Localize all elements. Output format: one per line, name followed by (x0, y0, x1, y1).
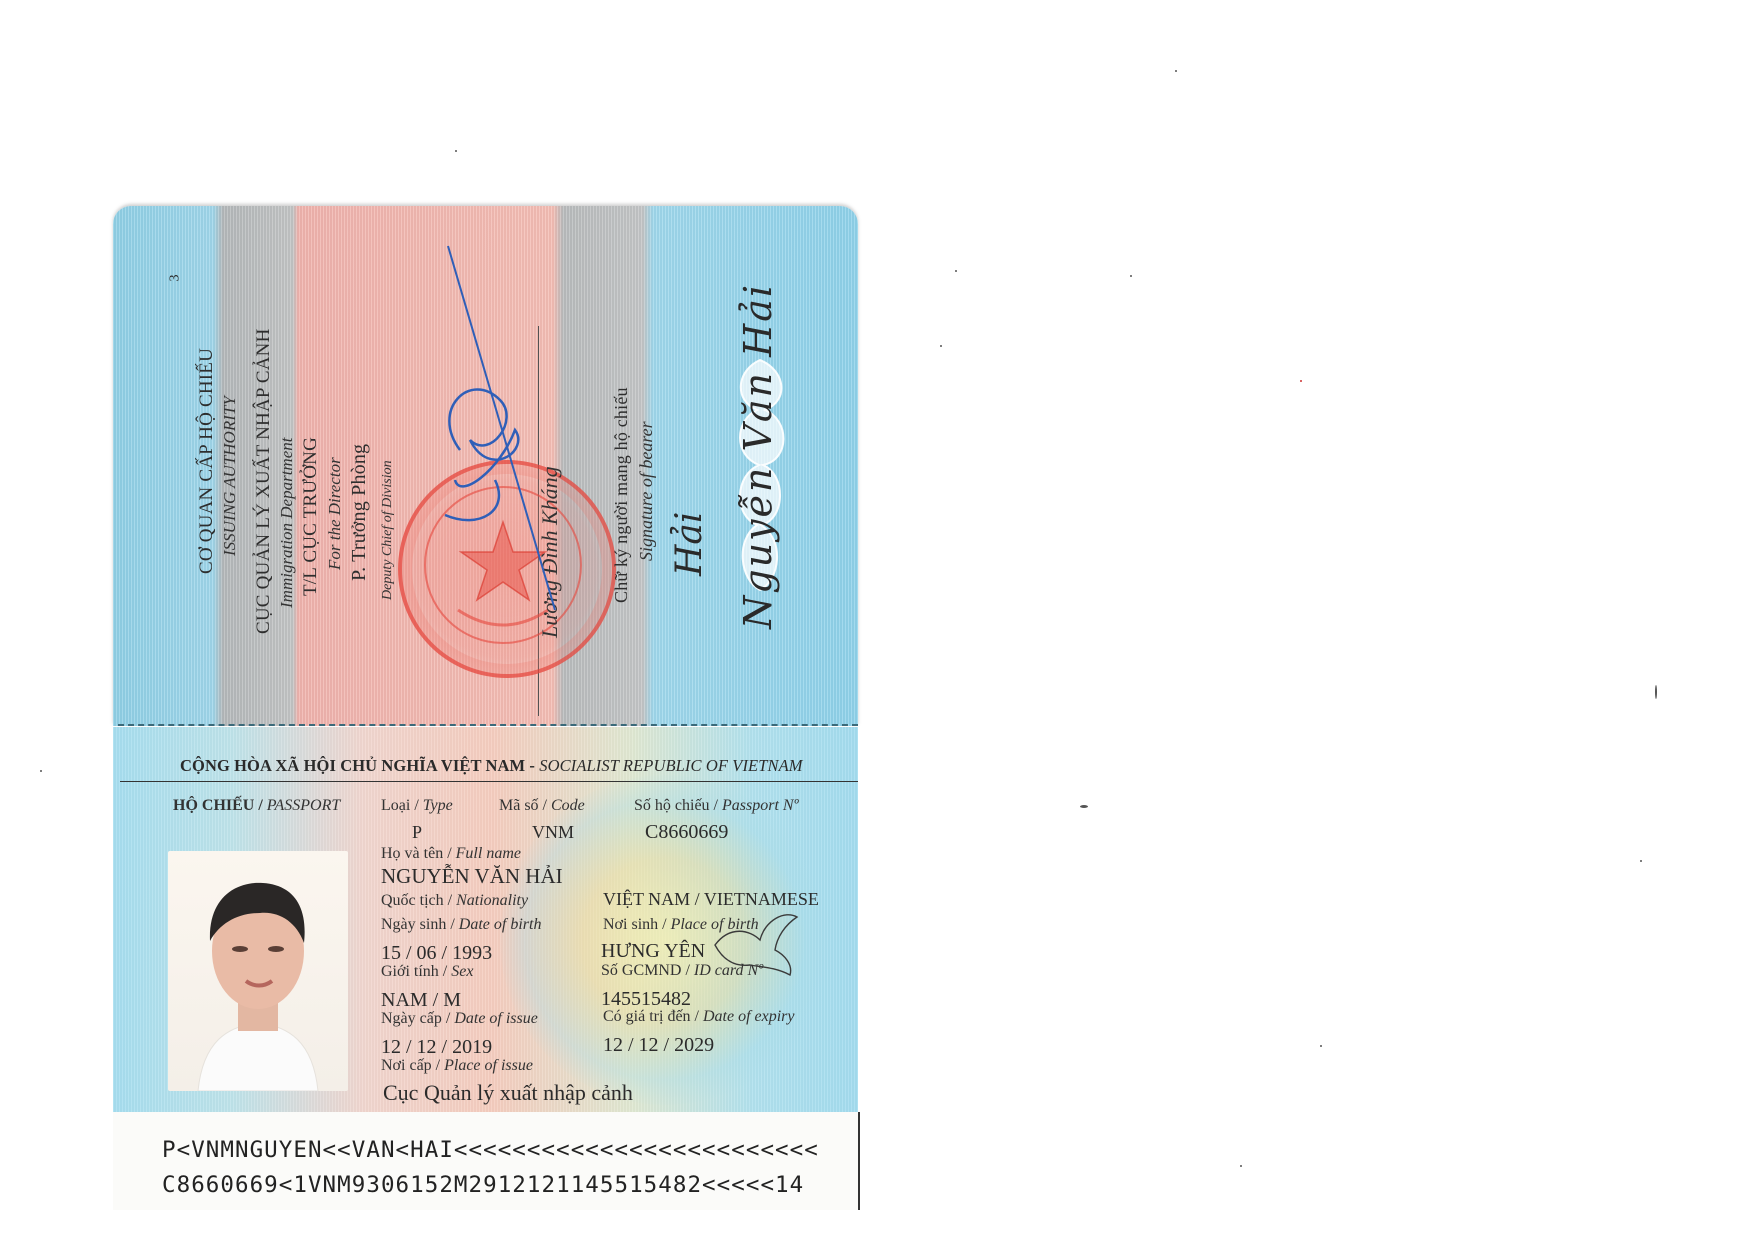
place-of-birth-value: HƯNG YÊN (601, 940, 705, 963)
scan-speck (1240, 1165, 1242, 1167)
date-of-issue-label: Ngày cấp / Date of issue (381, 1010, 538, 1028)
scan-speck (1175, 70, 1177, 72)
date-of-expiry-value: 12 / 12 / 2029 (603, 1034, 714, 1057)
code-value: VNM (532, 822, 574, 843)
issuing-authority-vi: CƠ QUAN CẤP HỘ CHIẾU (196, 348, 218, 574)
mrz-line-2: C8660669<1VNM9306152M2912121145515482<<<… (162, 1172, 804, 1198)
place-of-issue-label: Nơi cấp / Place of issue (381, 1057, 533, 1075)
bearer-signature-full: Nguyễn Văn Hải (736, 283, 780, 629)
nationality-value: VIỆT NAM / VIETNAMESE (603, 889, 819, 910)
scan-speck (40, 770, 42, 772)
scan-speck (1655, 685, 1657, 699)
scan-speck (455, 150, 457, 152)
department-en: Immigration Department (277, 438, 297, 608)
full-name-value: NGUYỄN VĂN HẢI (381, 864, 563, 889)
scan-speck (1130, 275, 1132, 277)
department-vi: CỤC QUẢN LÝ XUẤT NHẬP CẢNH (253, 328, 275, 634)
place-of-issue-value: Cục Quản lý xuất nhập cảnh (383, 1080, 633, 1106)
date-of-birth-value: 15 / 06 / 1993 (381, 942, 492, 965)
code-label: Mã số / Code (499, 797, 585, 815)
officer-title-vi: P. Trưởng Phòng (348, 444, 371, 581)
sex-label: Giới tính / Sex (381, 963, 473, 981)
sex-value: NAM / M (381, 989, 461, 1012)
page-fold-perforation (118, 724, 858, 726)
for-director-en: For the Director (325, 457, 345, 570)
full-name-label: Họ và tên / Full name (381, 845, 521, 863)
page-number: 3 (168, 275, 184, 282)
nationality-label: Quốc tịch / Nationality (381, 892, 528, 910)
id-card-label: Số GCMND / ID card Nº (601, 962, 763, 980)
officer-signature (400, 230, 600, 630)
type-label: Loại / Type (381, 797, 453, 815)
bearer-signature-label-en: Signature of bearer (636, 421, 657, 561)
date-of-issue-value: 12 / 12 / 2019 (381, 1036, 492, 1059)
place-of-birth-label: Nơi sinh / Place of birth (603, 916, 759, 934)
scan-speck (1300, 380, 1302, 382)
issuing-authority-en: ISSUING AUTHORITY (220, 396, 240, 556)
scan-speck (955, 270, 957, 272)
passport-number-label: Số hộ chiếu / Passport Nº (634, 797, 799, 815)
country-header: CỘNG HÒA XÃ HỘI CHỦ NGHĨA VIỆT NAM - SOC… (180, 756, 803, 776)
date-of-expiry-label: Có giá trị đến / Date of expiry (603, 1008, 795, 1026)
scan-speck (1320, 1045, 1322, 1047)
holder-photo (168, 851, 348, 1091)
scan-speck (1640, 860, 1642, 862)
document-title: HỘ CHIẾU / PASSPORT (173, 797, 340, 815)
officer-title-en: Deputy Chief of Division (378, 460, 396, 600)
bearer-signature-short: Hải (669, 512, 710, 576)
type-value: P (412, 822, 422, 843)
header-divider (120, 781, 858, 782)
date-of-birth-label: Ngày sinh / Date of birth (381, 916, 541, 934)
scan-speck (940, 345, 942, 347)
scan-speck (1080, 805, 1088, 808)
mrz-line-1: P<VNMNGUYEN<<VAN<HAI<<<<<<<<<<<<<<<<<<<<… (162, 1137, 819, 1163)
passport-number-value: C8660669 (645, 821, 728, 844)
for-director-vi: T/L CỤC TRƯỞNG (300, 437, 322, 596)
bearer-signature-label-vi: Chữ ký người mang hộ chiếu (611, 387, 632, 603)
